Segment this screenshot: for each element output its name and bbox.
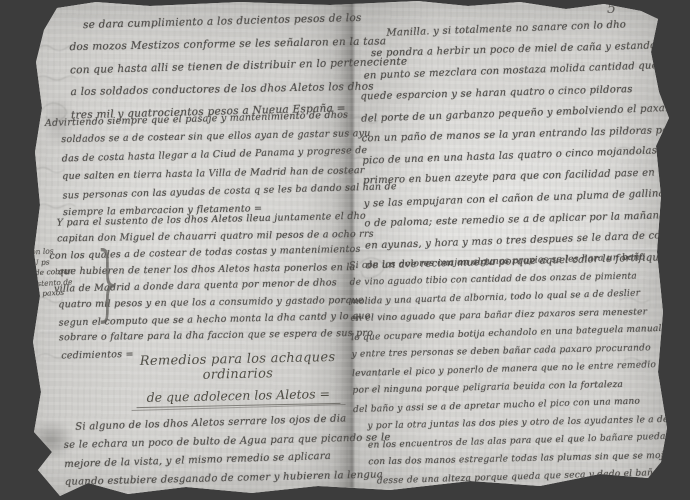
section-heading: Remedios para los achaques ordinarios de… [117, 349, 358, 410]
right-page-paragraph-2: Si con los dolores cuajan algunos propio… [349, 248, 690, 491]
left-page-paragraph-2: Advirtiendo siempre que el pasaje y mant… [45, 106, 398, 224]
margin-brace-glyph: } [91, 236, 126, 331]
margin-annotation: con los4U psa de cobrarsustento delos pa… [27, 244, 92, 300]
manuscript-paper: se dara cumplimiento a los ducientos pes… [0, 0, 690, 500]
left-page-paragraph-4: Si alguno de los dhos Aletos serrare los… [63, 409, 392, 492]
right-page-paragraph-1: Manilla. y si totalmente no sanare con l… [358, 13, 690, 278]
manuscript-scan: se dara cumplimiento a los ducientos pes… [0, 0, 690, 500]
